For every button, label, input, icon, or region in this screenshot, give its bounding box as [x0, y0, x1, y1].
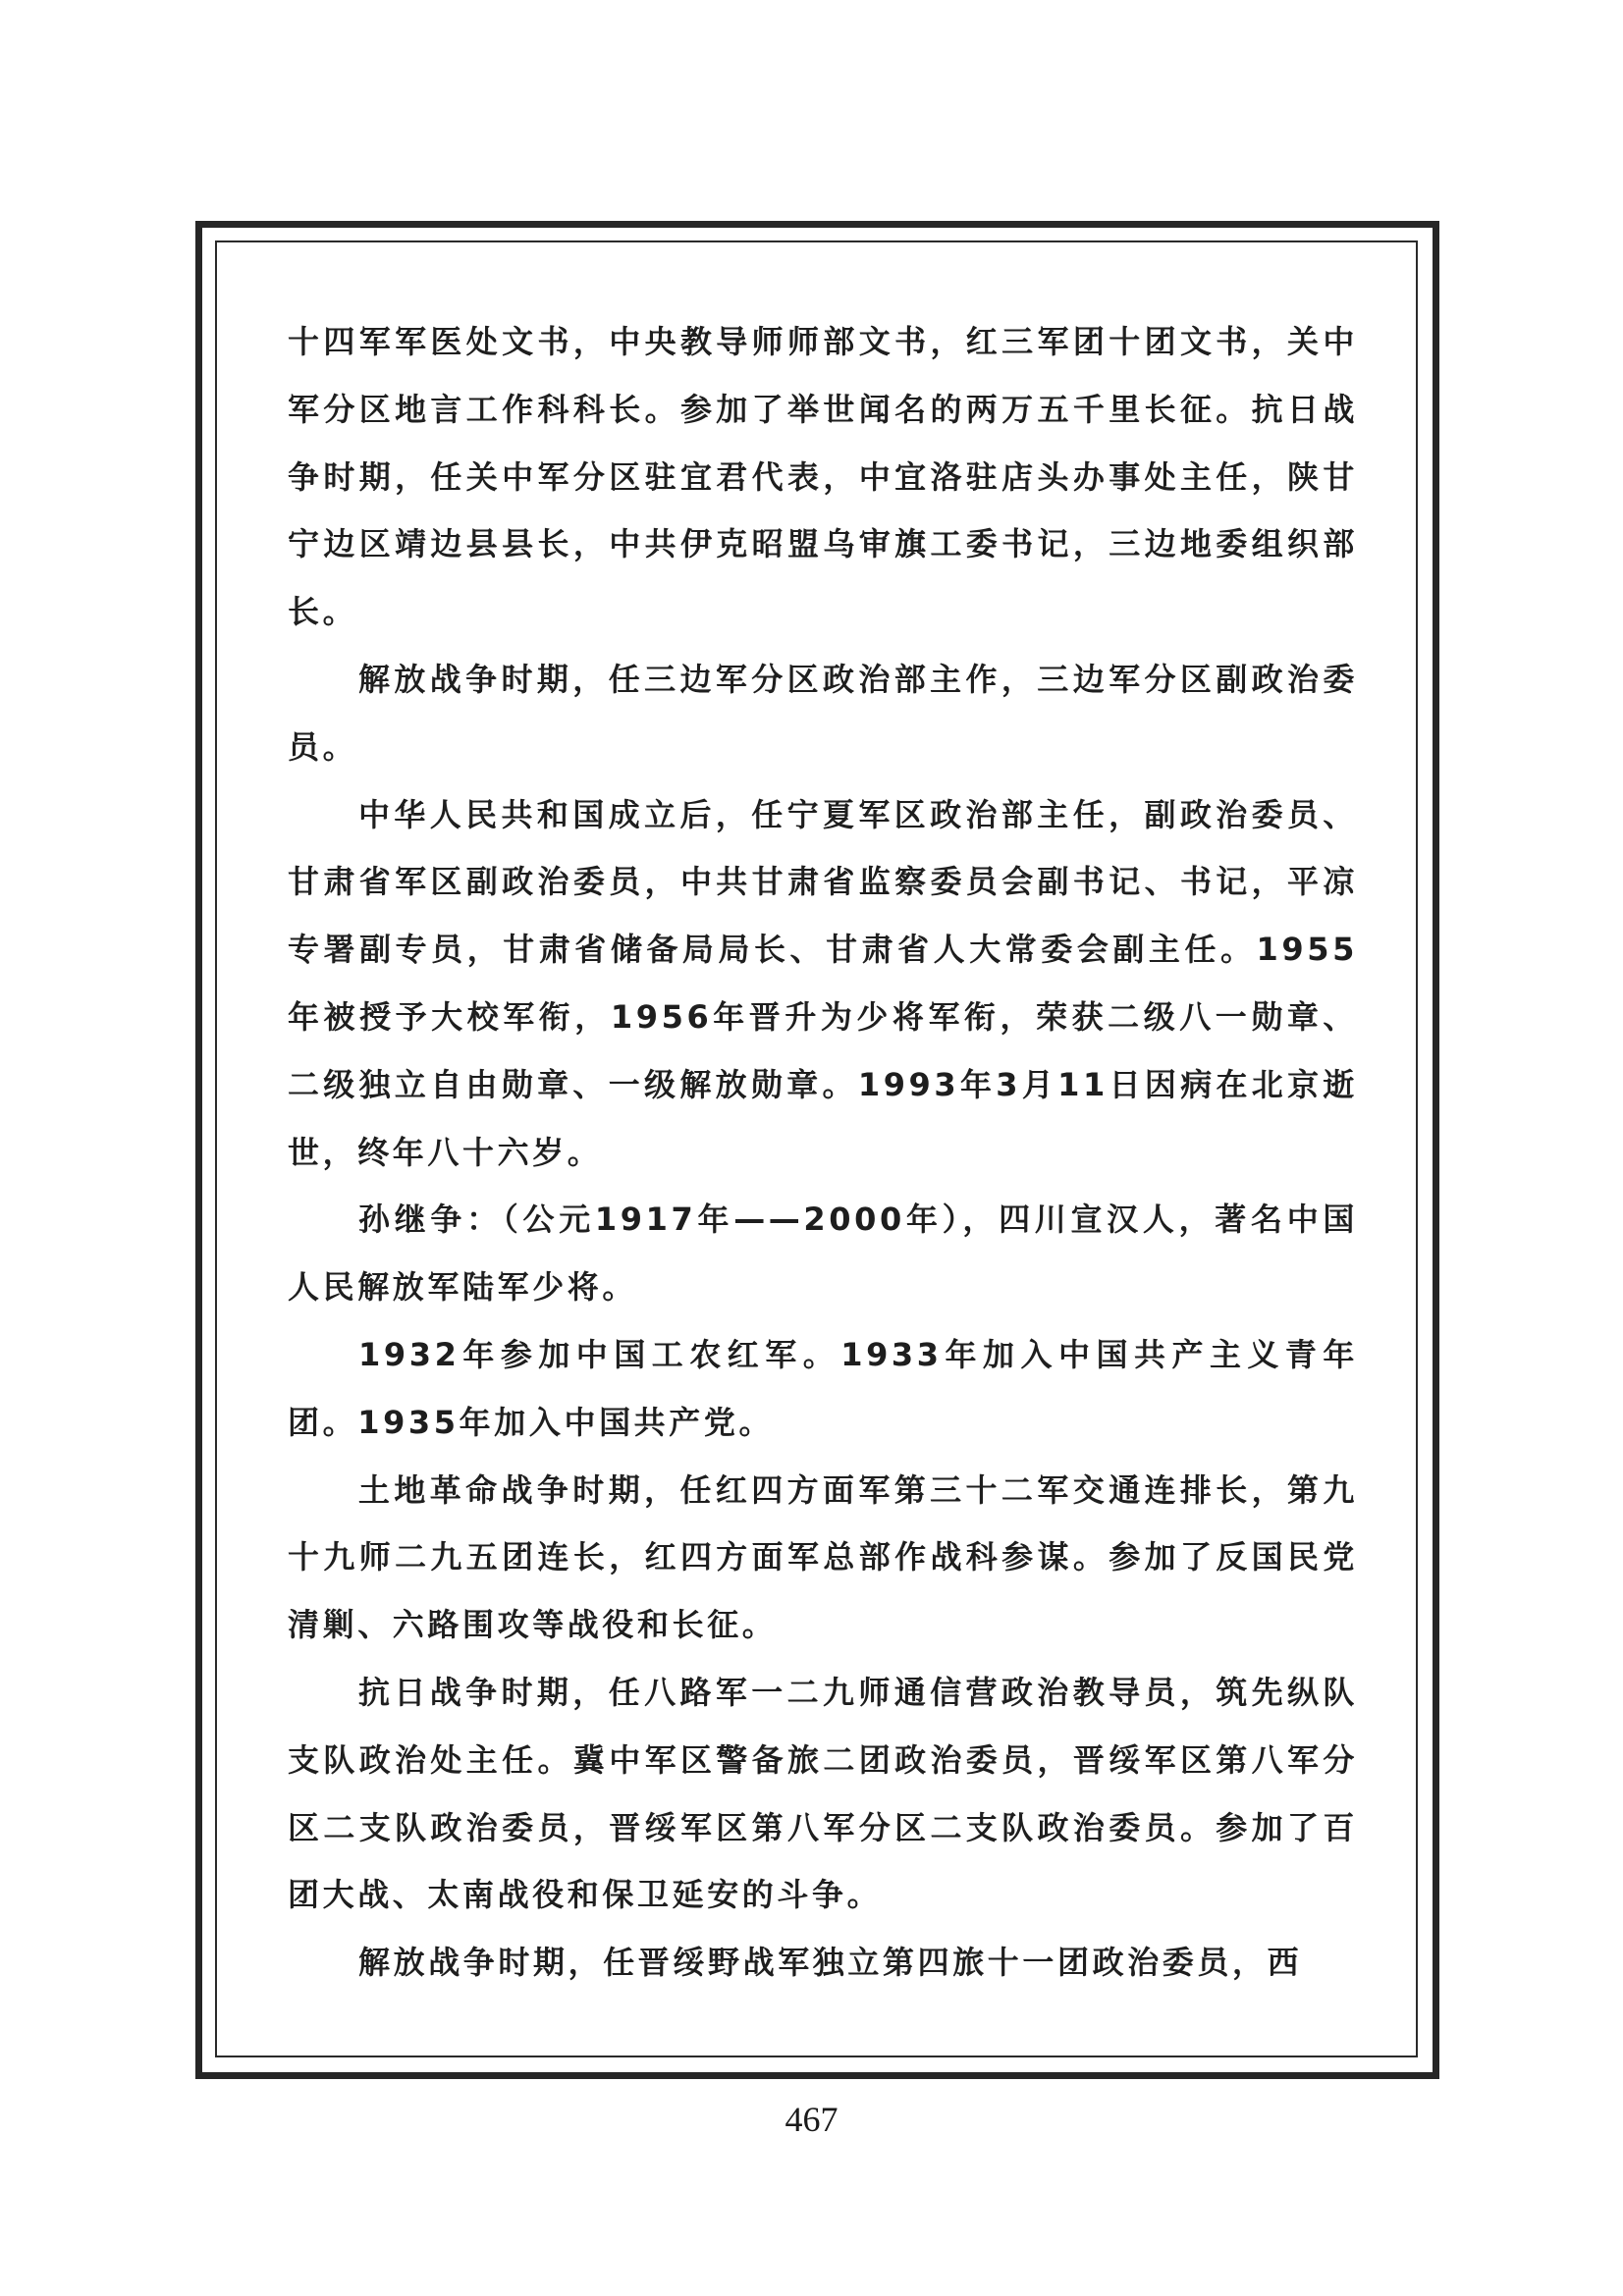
paragraph-7: 抗日战争时期，任八路军一二九师通信营政治教导员，筑先纵队支队政治处主任。冀中军区… [288, 1659, 1358, 1929]
paragraph-5: 1932年参加中国工农红军。1933年加入中国共产主义青年团。1935年加入中国… [288, 1321, 1358, 1457]
paragraph-8: 解放战争时期，任晋绥野战军独立第四旅十一团政治委员，西 [288, 1929, 1358, 1997]
page-number: 467 [0, 2099, 1623, 2140]
paragraph-1: 十四军军医处文书，中央教导师师部文书，红三军团十团文书，关中军分区地言工作科科长… [288, 308, 1358, 646]
paragraph-3: 中华人民共和国成立后，任宁夏军区政治部主任，副政治委员、甘肃省军区副政治委员，中… [288, 781, 1358, 1187]
paragraph-4: 孙继争：（公元1917年——2000年），四川宣汉人，著名中国人民解放军陆军少将… [288, 1186, 1358, 1321]
paragraph-6: 土地革命战争时期，任红四方面军第三十二军交通连排长，第九十九师二九五团连长，红四… [288, 1457, 1358, 1659]
paragraph-2: 解放战争时期，任三边军分区政治部主作，三边军分区副政治委员。 [288, 646, 1358, 781]
body-text: 十四军军医处文书，中央教导师师部文书，红三军团十团文书，关中军分区地言工作科科长… [288, 308, 1358, 1997]
